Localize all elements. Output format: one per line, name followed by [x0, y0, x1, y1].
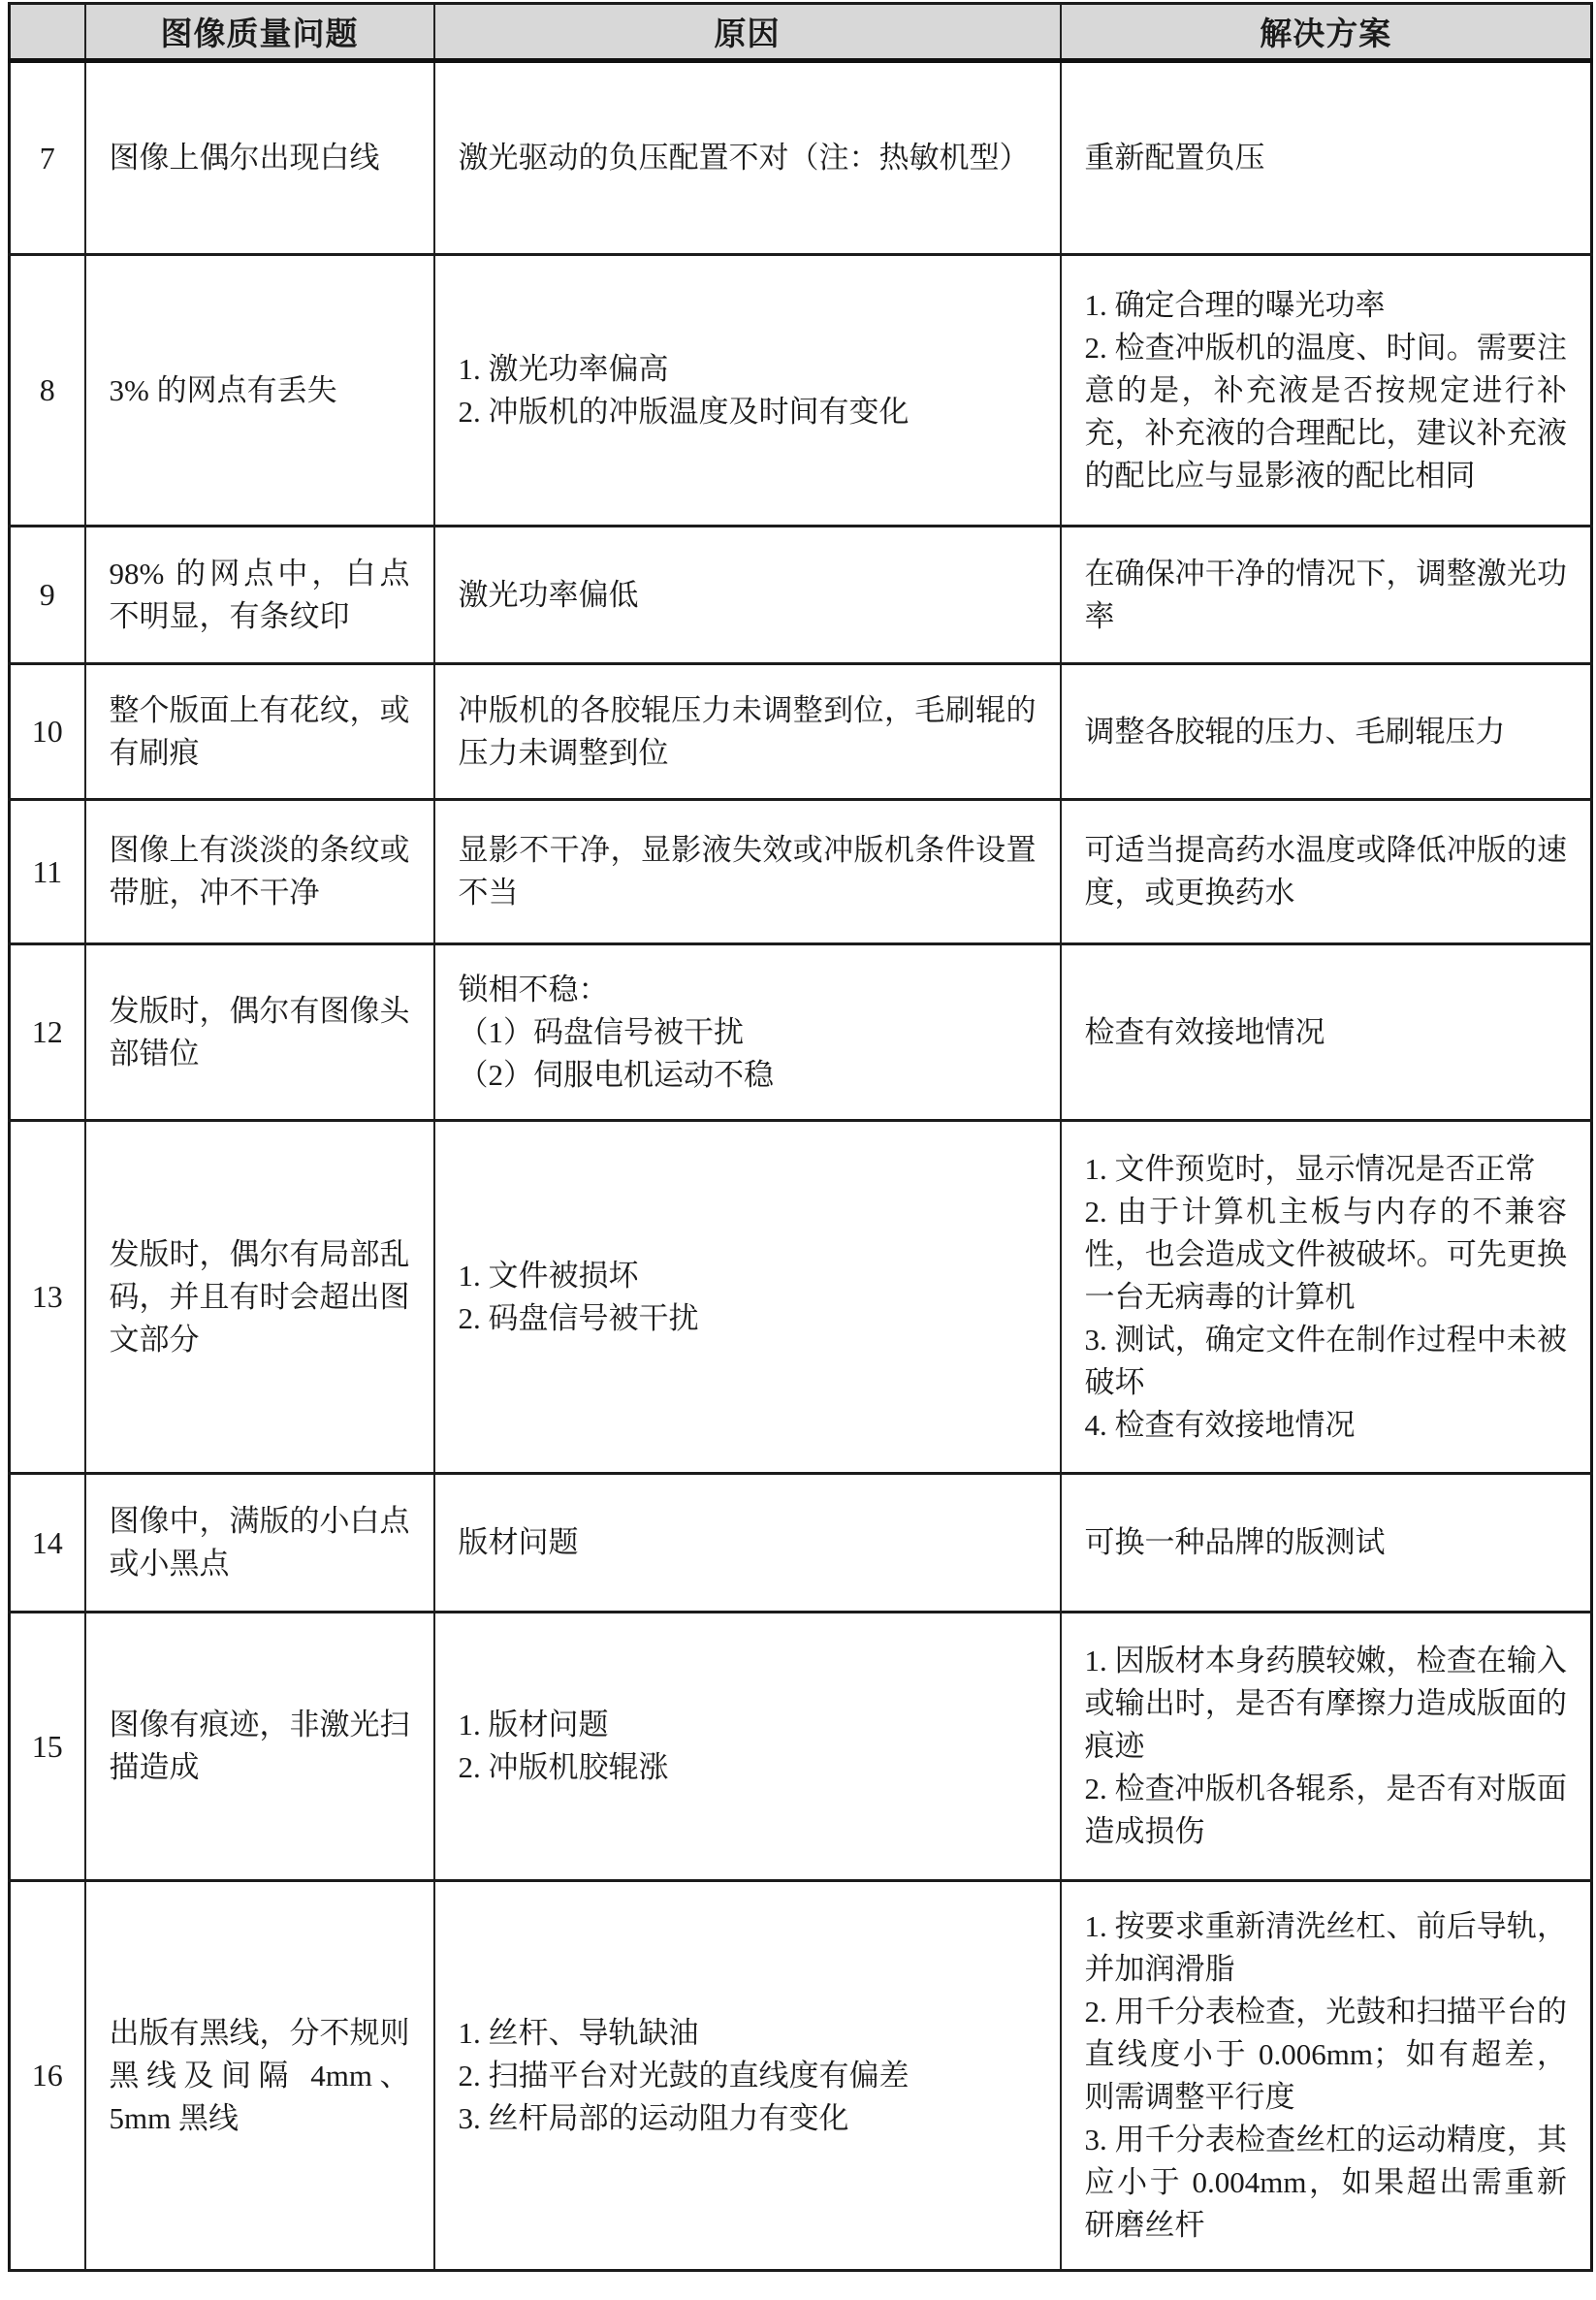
solution-line: 重新配置负压 [1085, 137, 1568, 179]
problem-line: 发版时，偶尔有局部乱码，并且有时会超出图文部分 [110, 1233, 410, 1361]
cell-problem: 图像上偶尔出现白线 [85, 61, 434, 255]
row-number: 10 [10, 664, 85, 800]
document-page: 图像质量问题 原因 解决方案 7图像上偶尔出现白线激光驱动的负压配置不对（注：热… [0, 0, 1596, 2300]
cause-line: 1. 激光功率偏高 [459, 348, 1037, 391]
cell-cause: 1. 丝杆、导轨缺油2. 扫描平台对光鼓的直线度有偏差3. 丝杆局部的运动阻力有… [434, 1881, 1061, 2271]
cause-line: 1. 丝杆、导轨缺油 [459, 2012, 1037, 2055]
solution-line: 2. 检查冲版机各辊系，是否有对版面造成损伤 [1085, 1768, 1568, 1853]
troubleshooting-table: 图像质量问题 原因 解决方案 7图像上偶尔出现白线激光驱动的负压配置不对（注：热… [8, 2, 1593, 2272]
row-number: 13 [10, 1121, 85, 1474]
cell-solution: 可换一种品牌的版测试 [1061, 1474, 1592, 1613]
cell-solution: 1. 因版材本身药膜较嫩，检查在输入或输出时，是否有摩擦力造成版面的痕迹2. 检… [1061, 1613, 1592, 1881]
problem-line: 图像上有淡淡的条纹或带脏，冲不干净 [110, 829, 410, 914]
cause-line: 3. 丝杆局部的运动阻力有变化 [459, 2097, 1037, 2140]
problem-line: 98% 的网点中，白点不明显，有条纹印 [110, 553, 410, 638]
solution-line: 3. 用千分表检查丝杠的运动精度，其应小于 0.004mm，如果超出需重新研磨丝… [1085, 2119, 1568, 2247]
cause-line: 2. 码盘信号被干扰 [459, 1297, 1037, 1340]
header-cell-solution: 解决方案 [1061, 4, 1592, 61]
solution-line: 2. 用千分表检查，光鼓和扫描平台的直线度小于 0.006mm；如有超差，则需调… [1085, 1991, 1568, 2119]
cause-line: 2. 扫描平台对光鼓的直线度有偏差 [459, 2055, 1037, 2097]
cell-cause: 版材问题 [434, 1474, 1061, 1613]
cell-problem: 图像上有淡淡的条纹或带脏，冲不干净 [85, 800, 434, 944]
cell-solution: 在确保冲干净的情况下，调整激光功率 [1061, 527, 1592, 664]
cell-solution: 可适当提高药水温度或降低冲版的速度，或更换药水 [1061, 800, 1592, 944]
problem-line: 整个版面上有花纹，或有刷痕 [110, 689, 410, 775]
cell-problem: 图像有痕迹，非激光扫描造成 [85, 1613, 434, 1881]
cause-line: 版材问题 [459, 1521, 1037, 1564]
table-row: 10整个版面上有花纹，或有刷痕冲版机的各胶辊压力未调整到位，毛刷辊的压力未调整到… [10, 664, 1592, 800]
cell-solution: 1. 确定合理的曝光功率2. 检查冲版机的温度、时间。需要注意的是，补充液是否按… [1061, 255, 1592, 527]
table-row: 13发版时，偶尔有局部乱码，并且有时会超出图文部分1. 文件被损坏2. 码盘信号… [10, 1121, 1592, 1474]
table-row: 16出版有黑线，分不规则黑线及间隔 4mm、5mm 黑线1. 丝杆、导轨缺油2.… [10, 1881, 1592, 2271]
cell-cause: 激光驱动的负压配置不对（注：热敏机型） [434, 61, 1061, 255]
header-row: 图像质量问题 原因 解决方案 [10, 4, 1592, 61]
cause-line: （1）码盘信号被干扰 [459, 1011, 1037, 1054]
cause-line: 激光驱动的负压配置不对（注：热敏机型） [459, 137, 1037, 179]
cause-line: 1. 版材问题 [459, 1704, 1037, 1746]
solution-line: 1. 文件预览时，显示情况是否正常 [1085, 1148, 1568, 1191]
cell-solution: 调整各胶辊的压力、毛刷辊压力 [1061, 664, 1592, 800]
row-number: 8 [10, 255, 85, 527]
cell-cause: 激光功率偏低 [434, 527, 1061, 664]
problem-line: 图像上偶尔出现白线 [110, 137, 410, 179]
cell-solution: 重新配置负压 [1061, 61, 1592, 255]
cause-line: 2. 冲版机胶辊涨 [459, 1746, 1037, 1789]
cell-problem: 整个版面上有花纹，或有刷痕 [85, 664, 434, 800]
cell-problem: 98% 的网点中，白点不明显，有条纹印 [85, 527, 434, 664]
cell-problem: 发版时，偶尔有图像头部错位 [85, 944, 434, 1121]
cell-solution: 1. 按要求重新清洗丝杠、前后导轨，并加润滑脂2. 用千分表检查，光鼓和扫描平台… [1061, 1881, 1592, 2271]
solution-line: 3. 测试，确定文件在制作过程中未被破坏 [1085, 1319, 1568, 1404]
solution-line: 可适当提高药水温度或降低冲版的速度，或更换药水 [1085, 829, 1568, 914]
cause-line: （2）伺服电机运动不稳 [459, 1054, 1037, 1097]
cause-line: 激光功率偏低 [459, 574, 1037, 617]
row-number: 9 [10, 527, 85, 664]
row-number: 11 [10, 800, 85, 944]
cell-cause: 1. 激光功率偏高2. 冲版机的冲版温度及时间有变化 [434, 255, 1061, 527]
cell-cause: 冲版机的各胶辊压力未调整到位，毛刷辊的压力未调整到位 [434, 664, 1061, 800]
table-row: 11图像上有淡淡的条纹或带脏，冲不干净显影不干净，显影液失效或冲版机条件设置不当… [10, 800, 1592, 944]
solution-line: 1. 按要求重新清洗丝杠、前后导轨，并加润滑脂 [1085, 1905, 1568, 1991]
solution-line: 调整各胶辊的压力、毛刷辊压力 [1085, 711, 1568, 753]
solution-line: 4. 检查有效接地情况 [1085, 1404, 1568, 1447]
header-cell-number [10, 4, 85, 61]
table-header: 图像质量问题 原因 解决方案 [10, 4, 1592, 61]
solution-line: 检查有效接地情况 [1085, 1011, 1568, 1054]
cell-cause: 锁相不稳：（1）码盘信号被干扰（2）伺服电机运动不稳 [434, 944, 1061, 1121]
problem-line: 图像中，满版的小白点或小黑点 [110, 1500, 410, 1585]
row-number: 12 [10, 944, 85, 1121]
problem-line: 发版时，偶尔有图像头部错位 [110, 990, 410, 1075]
table-body: 7图像上偶尔出现白线激光驱动的负压配置不对（注：热敏机型）重新配置负压83% 的… [10, 61, 1592, 2271]
problem-line: 出版有黑线，分不规则黑线及间隔 4mm、5mm 黑线 [110, 2012, 410, 2140]
cause-line: 显影不干净，显影液失效或冲版机条件设置不当 [459, 829, 1037, 914]
problem-line: 3% 的网点有丢失 [110, 369, 410, 412]
cause-line: 2. 冲版机的冲版温度及时间有变化 [459, 391, 1037, 433]
cell-cause: 1. 文件被损坏2. 码盘信号被干扰 [434, 1121, 1061, 1474]
table-row: 12发版时，偶尔有图像头部错位锁相不稳：（1）码盘信号被干扰（2）伺服电机运动不… [10, 944, 1592, 1121]
solution-line: 1. 确定合理的曝光功率 [1085, 284, 1568, 327]
cell-solution: 1. 文件预览时，显示情况是否正常2. 由于计算机主板与内存的不兼容性，也会造成… [1061, 1121, 1592, 1474]
table-row: 14图像中，满版的小白点或小黑点版材问题可换一种品牌的版测试 [10, 1474, 1592, 1613]
row-number: 7 [10, 61, 85, 255]
row-number: 14 [10, 1474, 85, 1613]
solution-line: 在确保冲干净的情况下，调整激光功率 [1085, 553, 1568, 638]
header-cell-cause: 原因 [434, 4, 1061, 61]
cell-problem: 3% 的网点有丢失 [85, 255, 434, 527]
cell-solution: 检查有效接地情况 [1061, 944, 1592, 1121]
header-cell-problem: 图像质量问题 [85, 4, 434, 61]
solution-line: 2. 由于计算机主板与内存的不兼容性，也会造成文件被破坏。可先更换一台无病毒的计… [1085, 1191, 1568, 1319]
cause-line: 冲版机的各胶辊压力未调整到位，毛刷辊的压力未调整到位 [459, 689, 1037, 775]
cell-problem: 发版时，偶尔有局部乱码，并且有时会超出图文部分 [85, 1121, 434, 1474]
problem-line: 图像有痕迹，非激光扫描造成 [110, 1704, 410, 1789]
table-row: 83% 的网点有丢失1. 激光功率偏高2. 冲版机的冲版温度及时间有变化1. 确… [10, 255, 1592, 527]
cell-cause: 显影不干净，显影液失效或冲版机条件设置不当 [434, 800, 1061, 944]
cause-line: 锁相不稳： [459, 969, 1037, 1011]
cell-cause: 1. 版材问题2. 冲版机胶辊涨 [434, 1613, 1061, 1881]
table-row: 998% 的网点中，白点不明显，有条纹印激光功率偏低在确保冲干净的情况下，调整激… [10, 527, 1592, 664]
solution-line: 1. 因版材本身药膜较嫩，检查在输入或输出时，是否有摩擦力造成版面的痕迹 [1085, 1640, 1568, 1768]
table-row: 15图像有痕迹，非激光扫描造成1. 版材问题2. 冲版机胶辊涨1. 因版材本身药… [10, 1613, 1592, 1881]
table-row: 7图像上偶尔出现白线激光驱动的负压配置不对（注：热敏机型）重新配置负压 [10, 61, 1592, 255]
cell-problem: 出版有黑线，分不规则黑线及间隔 4mm、5mm 黑线 [85, 1881, 434, 2271]
cell-problem: 图像中，满版的小白点或小黑点 [85, 1474, 434, 1613]
cause-line: 1. 文件被损坏 [459, 1255, 1037, 1297]
row-number: 16 [10, 1881, 85, 2271]
solution-line: 2. 检查冲版机的温度、时间。需要注意的是，补充液是否按规定进行补充，补充液的合… [1085, 327, 1568, 497]
row-number: 15 [10, 1613, 85, 1881]
solution-line: 可换一种品牌的版测试 [1085, 1521, 1568, 1564]
